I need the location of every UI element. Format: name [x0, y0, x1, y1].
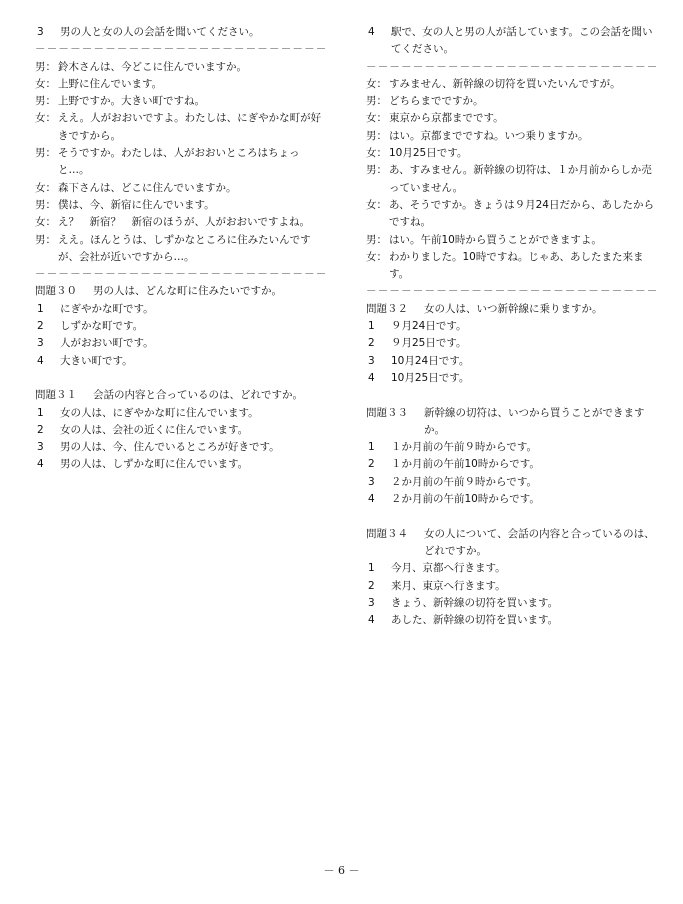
- question-label: 問題３４: [366, 526, 424, 561]
- option-text: ９月25日です。: [391, 335, 467, 352]
- utterance: あ、そうですか。きょうは９月24日だから、あしたからですね。: [389, 197, 658, 232]
- answer-option: 3人がおおい町です。: [35, 335, 327, 352]
- option-text: 男の人は、今、住んでいるところが好きです。: [60, 439, 280, 456]
- question-label: 問題３３: [366, 405, 424, 440]
- utterance: わかりました。10時ですね。じゃあ、あしたまた来ます。: [389, 249, 658, 284]
- dialogue: 女：すみません、新幹線の切符を買いたいんですが。 男：どちらまでですか。 女：東…: [366, 76, 658, 284]
- utterance: すみません、新幹線の切符を買いたいんですが。: [389, 76, 658, 93]
- option-number: 3: [366, 474, 391, 491]
- utterance: どちらまでですか。: [389, 93, 658, 110]
- separator-line: －－－－－－－－－－－－－－－－－－－－－－－－－: [366, 283, 658, 300]
- answer-option: 4男の人は、しずかな町に住んでいます。: [35, 456, 327, 473]
- dialogue-line: 男：どちらまでですか。: [366, 93, 658, 110]
- section-title-text: 駅で、女の人と男の人が話しています。この会話を聞いてください。: [391, 24, 658, 59]
- dialogue-line: 男：あ、すみません。新幹線の切符は、１か月前からしか売っていません。: [366, 162, 658, 197]
- dialogue-line: 男：はい。京都までですね。いつ乗りますか。: [366, 128, 658, 145]
- option-number: 3: [366, 353, 391, 370]
- question-label: 問題３０: [35, 283, 93, 300]
- spacer: [366, 508, 658, 525]
- question-33: 問題３３ 新幹線の切符は、いつから買うことができますか。 1１か月前の午前９時か…: [366, 405, 658, 509]
- speaker: 女：: [366, 76, 389, 93]
- utterance: 東京から京都までです。: [389, 110, 658, 127]
- question-heading: 問題３３ 新幹線の切符は、いつから買うことができますか。: [366, 405, 658, 440]
- answer-option: 1９月24日です。: [366, 318, 658, 335]
- utterance: 僕は、今、新宿に住んでいます。: [58, 197, 327, 214]
- spacer: [366, 387, 658, 404]
- option-text: １か月前の午前９時からです。: [391, 439, 537, 456]
- answer-option: 3きょう、新幹線の切符を買います。: [366, 595, 658, 612]
- option-number: 2: [366, 578, 391, 595]
- question-31: 問題３１ 会話の内容と合っているのは、どれですか。 1女の人は、にぎやかな町に住…: [35, 387, 327, 473]
- page-number: － 6 －: [0, 862, 683, 878]
- answer-option: 310月24日です。: [366, 353, 658, 370]
- answer-option: 4２か月前の午前10時からです。: [366, 491, 658, 508]
- question-heading: 問題３４ 女の人について、会話の内容と合っているのは、どれですか。: [366, 526, 658, 561]
- option-number: 1: [35, 301, 60, 318]
- answer-option: 2女の人は、会社の近くに住んでいます。: [35, 422, 327, 439]
- dialogue-line: 男：はい。午前10時から買うことができますよ。: [366, 232, 658, 249]
- option-text: 10月25日です。: [391, 370, 469, 387]
- option-number: 4: [366, 491, 391, 508]
- option-text: １か月前の午前10時からです。: [391, 456, 540, 473]
- answer-option: 3２か月前の午前９時からです。: [366, 474, 658, 491]
- dialogue-line: 女：あ、そうですか。きょうは９月24日だから、あしたからですね。: [366, 197, 658, 232]
- speaker: 男：: [366, 162, 389, 197]
- separator-line: －－－－－－－－－－－－－－－－－－－－－－－－－: [366, 59, 658, 76]
- answer-option: 3男の人は、今、住んでいるところが好きです。: [35, 439, 327, 456]
- option-text: 男の人は、しずかな町に住んでいます。: [60, 456, 248, 473]
- utterance: え？ 新宿？ 新宿のほうが、人がおおいですよね。: [58, 214, 327, 231]
- question-32: 問題３２ 女の人は、いつ新幹線に乗りますか。 1９月24日です。 2９月25日で…: [366, 301, 658, 387]
- utterance: 10月25日です。: [389, 145, 658, 162]
- speaker: 女：: [366, 110, 389, 127]
- option-number: 3: [366, 595, 391, 612]
- option-number: 4: [35, 456, 60, 473]
- question-34: 問題３４ 女の人について、会話の内容と合っているのは、どれですか。 1今月、京都…: [366, 526, 658, 630]
- question-label: 問題３１: [35, 387, 93, 404]
- speaker: 男：: [35, 93, 58, 110]
- option-number: 3: [35, 439, 60, 456]
- option-text: あした、新幹線の切符を買います。: [391, 612, 558, 629]
- option-number: 4: [366, 612, 391, 629]
- question-30: 問題３０ 男の人は、どんな町に住みたいですか。 1にぎやかな町です。 2しずかな…: [35, 283, 327, 369]
- speaker: 男：: [366, 128, 389, 145]
- option-number: 1: [366, 318, 391, 335]
- separator-line: －－－－－－－－－－－－－－－－－－－－－－－－－: [35, 266, 327, 283]
- answer-option: 2来月、東京へ行きます。: [366, 578, 658, 595]
- question-label: 問題３２: [366, 301, 424, 318]
- option-text: 来月、東京へ行きます。: [391, 578, 506, 595]
- dialogue-line: 男：上野ですか。大きい町ですね。: [35, 93, 327, 110]
- option-number: 2: [35, 318, 60, 335]
- dialogue-line: 女：10月25日です。: [366, 145, 658, 162]
- question-text: 会話の内容と合っているのは、どれですか。: [93, 387, 327, 404]
- dialogue-line: 男：そうですか。わたしは、人がおおいところはちょっと…。: [35, 145, 327, 180]
- option-text: 今月、京都へ行きます。: [391, 560, 506, 577]
- section-title: 4 駅で、女の人と男の人が話しています。この会話を聞いてください。: [366, 24, 658, 59]
- option-text: 女の人は、会社の近くに住んでいます。: [60, 422, 248, 439]
- answer-option: 4大きい町です。: [35, 353, 327, 370]
- dialogue-line: 男：鈴木さんは、今どこに住んでいますか。: [35, 59, 327, 76]
- option-text: 大きい町です。: [60, 353, 133, 370]
- speaker: 女：: [35, 110, 58, 145]
- section-number: 4: [366, 24, 391, 59]
- question-heading: 問題３２ 女の人は、いつ新幹線に乗りますか。: [366, 301, 658, 318]
- dialogue-line: 女：東京から京都までです。: [366, 110, 658, 127]
- option-text: ９月24日です。: [391, 318, 467, 335]
- utterance: 鈴木さんは、今どこに住んでいますか。: [58, 59, 327, 76]
- option-number: 2: [366, 335, 391, 352]
- option-number: 4: [35, 353, 60, 370]
- speaker: 女：: [35, 180, 58, 197]
- speaker: 女：: [35, 76, 58, 93]
- answer-option: 4あした、新幹線の切符を買います。: [366, 612, 658, 629]
- separator-line: －－－－－－－－－－－－－－－－－－－－－－－－－: [35, 41, 327, 58]
- answer-option: 410月25日です。: [366, 370, 658, 387]
- utterance: あ、すみません。新幹線の切符は、１か月前からしか売っていません。: [389, 162, 658, 197]
- answer-option: 2１か月前の午前10時からです。: [366, 456, 658, 473]
- speaker: 男：: [35, 232, 58, 267]
- speaker: 女：: [366, 249, 389, 284]
- utterance: そうですか。わたしは、人がおおいところはちょっと…。: [58, 145, 327, 180]
- answer-option: 1にぎやかな町です。: [35, 301, 327, 318]
- left-column: 3 男の人と女の人の会話を聞いてください。 －－－－－－－－－－－－－－－－－－…: [35, 24, 327, 474]
- option-number: 2: [35, 422, 60, 439]
- option-text: ２か月前の午前９時からです。: [391, 474, 537, 491]
- utterance: はい。京都までですね。いつ乗りますか。: [389, 128, 658, 145]
- answer-option: 1女の人は、にぎやかな町に住んでいます。: [35, 405, 327, 422]
- option-text: 人がおおい町です。: [60, 335, 154, 352]
- option-number: 1: [366, 439, 391, 456]
- dialogue-line: 女：え？ 新宿？ 新宿のほうが、人がおおいですよね。: [35, 214, 327, 231]
- question-heading: 問題３０ 男の人は、どんな町に住みたいですか。: [35, 283, 327, 300]
- answer-option: 1１か月前の午前９時からです。: [366, 439, 658, 456]
- option-number: 4: [366, 370, 391, 387]
- question-text: 女の人について、会話の内容と合っているのは、どれですか。: [424, 526, 658, 561]
- option-text: 10月24日です。: [391, 353, 469, 370]
- answer-option: 2９月25日です。: [366, 335, 658, 352]
- option-number: 1: [366, 560, 391, 577]
- question-heading: 問題３１ 会話の内容と合っているのは、どれですか。: [35, 387, 327, 404]
- right-column: 4 駅で、女の人と男の人が話しています。この会話を聞いてください。 －－－－－－…: [366, 24, 658, 629]
- spacer: [35, 370, 327, 387]
- dialogue-line: 女：上野に住んでいます。: [35, 76, 327, 93]
- speaker: 女：: [35, 214, 58, 231]
- option-number: 2: [366, 456, 391, 473]
- option-number: 1: [35, 405, 60, 422]
- utterance: 森下さんは、どこに住んでいますか。: [58, 180, 327, 197]
- utterance: 上野ですか。大きい町ですね。: [58, 93, 327, 110]
- utterance: ええ。ほんとうは、しずかなところに住みたいんですが、会社が近いですから…。: [58, 232, 327, 267]
- speaker: 男：: [366, 232, 389, 249]
- dialogue-line: 女：森下さんは、どこに住んでいますか。: [35, 180, 327, 197]
- answer-option: 2しずかな町です。: [35, 318, 327, 335]
- option-text: 女の人は、にぎやかな町に住んでいます。: [60, 405, 259, 422]
- question-text: 新幹線の切符は、いつから買うことができますか。: [424, 405, 658, 440]
- speaker: 男：: [35, 145, 58, 180]
- option-text: ２か月前の午前10時からです。: [391, 491, 540, 508]
- section-number: 3: [35, 24, 60, 41]
- question-text: 男の人は、どんな町に住みたいですか。: [93, 283, 327, 300]
- answer-option: 1今月、京都へ行きます。: [366, 560, 658, 577]
- question-text: 女の人は、いつ新幹線に乗りますか。: [424, 301, 658, 318]
- utterance: はい。午前10時から買うことができますよ。: [389, 232, 658, 249]
- speaker: 女：: [366, 197, 389, 232]
- dialogue-line: 女：ええ。人がおおいですよ。わたしは、にぎやかな町が好きですから。: [35, 110, 327, 145]
- utterance: 上野に住んでいます。: [58, 76, 327, 93]
- dialogue-line: 女：すみません、新幹線の切符を買いたいんですが。: [366, 76, 658, 93]
- speaker: 男：: [35, 59, 58, 76]
- utterance: ええ。人がおおいですよ。わたしは、にぎやかな町が好きですから。: [58, 110, 327, 145]
- option-text: きょう、新幹線の切符を買います。: [391, 595, 558, 612]
- speaker: 男：: [366, 93, 389, 110]
- speaker: 男：: [35, 197, 58, 214]
- option-number: 3: [35, 335, 60, 352]
- speaker: 女：: [366, 145, 389, 162]
- dialogue-line: 男：ええ。ほんとうは、しずかなところに住みたいんですが、会社が近いですから…。: [35, 232, 327, 267]
- option-text: しずかな町です。: [60, 318, 143, 335]
- dialogue: 男：鈴木さんは、今どこに住んでいますか。 女：上野に住んでいます。 男：上野です…: [35, 59, 327, 267]
- dialogue-line: 男：僕は、今、新宿に住んでいます。: [35, 197, 327, 214]
- section-title: 3 男の人と女の人の会話を聞いてください。: [35, 24, 327, 41]
- option-text: にぎやかな町です。: [60, 301, 154, 318]
- dialogue-line: 女：わかりました。10時ですね。じゃあ、あしたまた来ます。: [366, 249, 658, 284]
- section-title-text: 男の人と女の人の会話を聞いてください。: [60, 24, 327, 41]
